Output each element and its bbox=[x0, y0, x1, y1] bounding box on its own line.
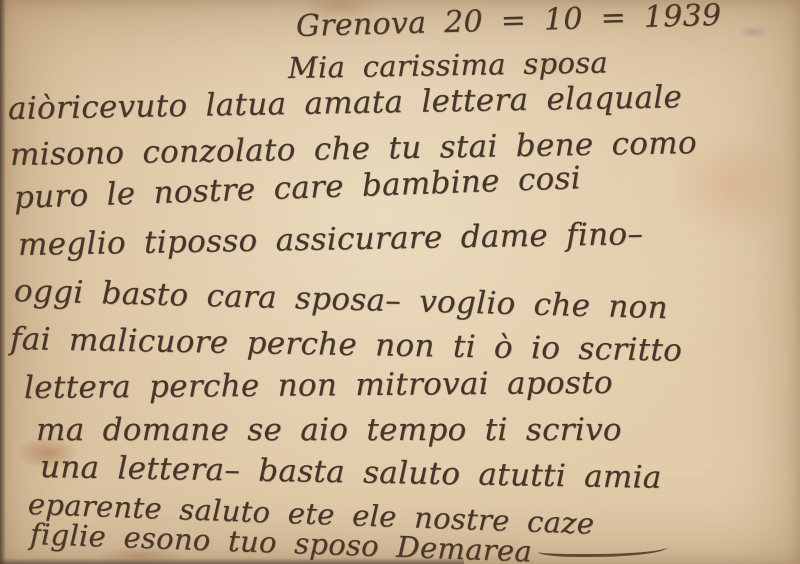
letter-salutation: Mia carissima sposa bbox=[288, 48, 608, 83]
handwritten-line: lettera perche non mitrovai aposto bbox=[24, 368, 613, 404]
paper-stain bbox=[738, 26, 768, 38]
letter-page: Grenova 20 = 10 = 1939 Mia carissima spo… bbox=[0, 0, 800, 564]
handwritten-line: oggi basto cara sposa– voglio che non bbox=[14, 276, 669, 324]
handwritten-line: una lettera– basta saluto atutti amia bbox=[40, 452, 662, 494]
handwritten-line: ma domane se aio tempo ti scrivo bbox=[36, 415, 622, 446]
handwritten-line: meglio tiposso assicurare dame fino– bbox=[18, 219, 644, 261]
handwritten-line: aiòricevuto latua amata lettera elaquale bbox=[8, 82, 683, 125]
scan-edge-left bbox=[0, 0, 6, 564]
signature-flourish bbox=[538, 540, 668, 557]
letter-date: Grenova 20 = 10 = 1939 bbox=[296, 1, 722, 42]
handwritten-line: fai malicuore perche non ti ò io scritto bbox=[10, 324, 683, 367]
handwritten-line: misono conzolato che tu stai bene como bbox=[10, 128, 697, 171]
